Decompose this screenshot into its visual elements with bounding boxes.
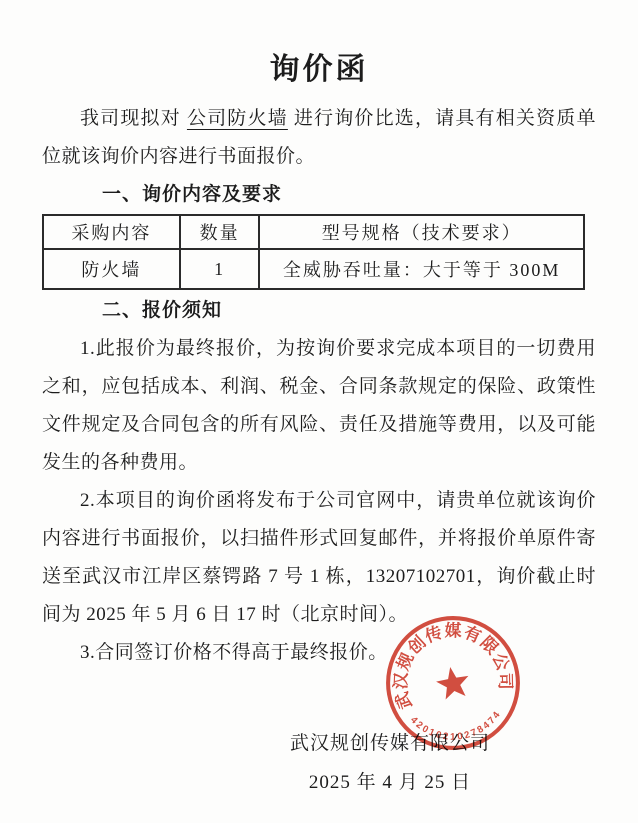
header-model-spec: 型号规格（技术要求） (259, 215, 584, 249)
signature-block: 武汉规创传媒有限公司 2025 年 4 月 25 日 (42, 724, 596, 802)
clause-1: 1.此报价为最终报价，为按询价要求完成本项目的一切费用之和，应包括成本、利润、税… (42, 330, 596, 482)
intro-underlined-text: 公司防火墙 (181, 108, 294, 129)
table-header-row: 采购内容 数量 型号规格（技术要求） (43, 215, 584, 249)
requirements-table: 采购内容 数量 型号规格（技术要求） 防火墙 1 全威胁吞吐量：大于等于 300… (42, 214, 585, 290)
clause-3: 3.合同签订价格不得高于最终报价。 (42, 634, 596, 672)
cell-quantity: 1 (180, 249, 260, 289)
table-row: 防火墙 1 全威胁吞吐量：大于等于 300M (43, 249, 584, 289)
signature-date: 2025 年 4 月 25 日 (290, 763, 490, 802)
document-title: 询价函 (42, 44, 596, 88)
cell-model-spec: 全威胁吞吐量：大于等于 300M (259, 249, 584, 289)
document-page: 询价函 我司现拟对公司防火墙进行询价比选，请具有相关资质单位就该询价内容进行书面… (0, 0, 638, 823)
signature-inner: 武汉规创传媒有限公司 2025 年 4 月 25 日 (290, 724, 490, 802)
intro-paragraph: 我司现拟对公司防火墙进行询价比选，请具有相关资质单位就该询价内容进行书面报价。 (42, 100, 596, 176)
header-procurement-content: 采购内容 (43, 215, 180, 249)
section1-heading: 一、询价内容及要求 (42, 180, 596, 210)
intro-prefix: 我司现拟对 (80, 108, 181, 129)
header-quantity: 数量 (180, 215, 260, 249)
clause-2: 2.本项目的询价函将发布于公司官网中，请贵单位就该询价内容进行书面报价，以扫描件… (42, 482, 596, 634)
signature-company: 武汉规创传媒有限公司 (290, 724, 490, 763)
cell-procurement-content: 防火墙 (43, 249, 180, 289)
section2-heading: 二、报价须知 (42, 296, 596, 326)
